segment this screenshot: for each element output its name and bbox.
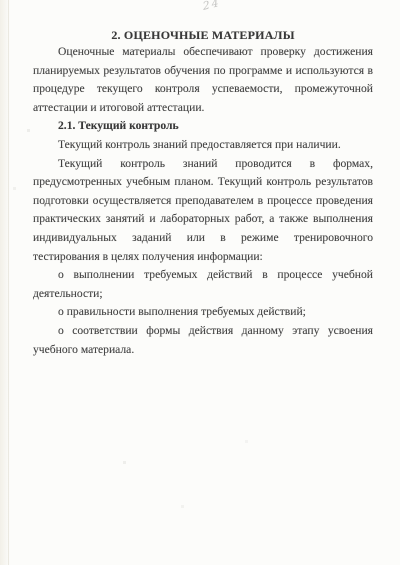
page-title: 2. ОЦЕНОЧНЫЕ МАТЕРИАЛЫ: [33, 27, 373, 43]
document-body: 2. ОЦЕНОЧНЫЕ МАТЕРИАЛЫ Оценочные материа…: [33, 27, 373, 359]
handwritten-page-number: 24: [202, 0, 221, 13]
list-item-required-actions: о выполнении требуемых действий в процес…: [33, 266, 373, 303]
scan-edge-shadow: [0, 0, 12, 565]
list-item-form-correspondence: о соответствии формы действия данному эт…: [33, 322, 373, 359]
section-heading-current-control: 2.1. Текущий контроль: [33, 117, 373, 136]
paragraph-knowledge-control-availability: Текущий контроль знаний предоставляется …: [33, 136, 373, 155]
scanned-document-page: 24 2. ОЦЕНОЧНЫЕ МАТЕРИАЛЫ Оценочные мате…: [0, 0, 400, 565]
scan-dust-specks: [0, 0, 1, 1]
paragraph-control-forms: Текущий контроль знаний проводится в фор…: [33, 155, 373, 267]
list-item-correctness: о правильности выполнения требуемых дейс…: [33, 303, 373, 322]
paragraph-evaluation-materials: Оценочные материалы обеспечивают проверк…: [33, 43, 373, 117]
